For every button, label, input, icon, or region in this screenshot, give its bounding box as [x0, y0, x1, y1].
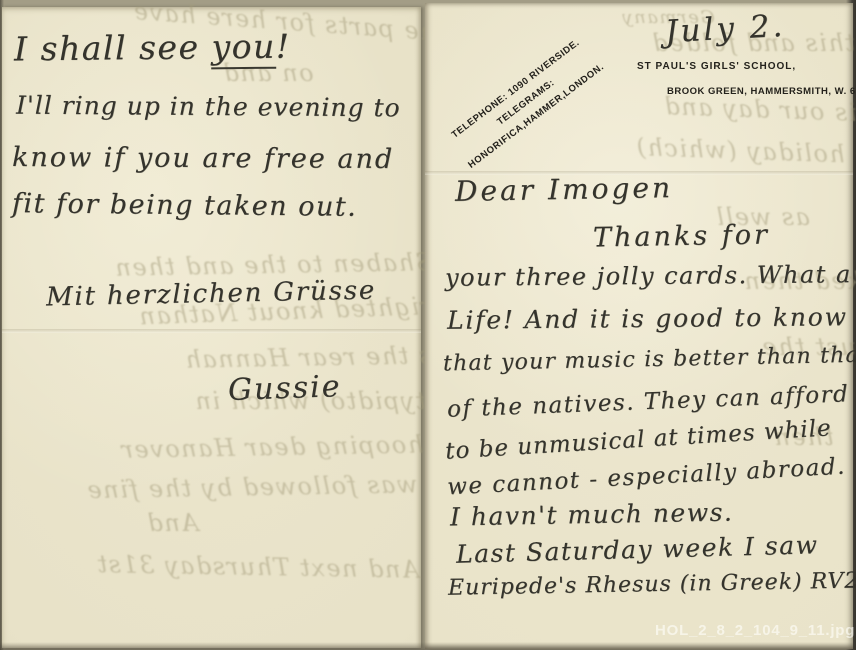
bleed-through-text: you this our day and	[663, 92, 856, 130]
letterhead-school-name: ST PAUL'S GIRLS' SCHOOL,	[637, 61, 796, 72]
handwritten-text: !	[276, 27, 291, 66]
handwritten-line: Life! And it is good to know	[447, 302, 848, 334]
salutation: Dear Imogen	[455, 171, 674, 208]
letterhead-telegrams: TELEGRAMS: HONORIFICA,HAMMER,LONDON.	[435, 31, 626, 187]
scanned-letter: about the parts for here have on and Sha…	[0, 0, 856, 650]
handwritten-date: July 2.	[664, 8, 786, 50]
handwritten-line: I shall see you!	[14, 27, 291, 69]
bleed-through-text: And next Thursday 31st	[96, 550, 420, 584]
bleed-through-text: after the holiday (which)	[635, 133, 856, 173]
handwritten-line: Thanks for	[593, 219, 770, 253]
letterhead-contact-diagonal: TELEPHONE: 1090 RIVERSIDE. TELEGRAMS: HO…	[425, 18, 627, 188]
signature: Gussie	[227, 369, 342, 408]
bleed-through-text: whooping dear Hanover	[120, 430, 446, 464]
letterhead-school-address: BROOK GREEN, HAMMERSMITH, W. 6.	[667, 86, 856, 97]
bleed-through-text: it was followed by the fine	[86, 470, 447, 504]
handwritten-line: of the natives. They can afford	[447, 381, 850, 422]
underlined-word: you	[211, 27, 276, 70]
handwritten-line: fit for being taken out.	[12, 188, 358, 223]
fold-crease	[2, 329, 421, 333]
letter-closing: Mit herzlichen Grüsse	[46, 276, 377, 313]
bleed-through-text: And	[146, 509, 199, 537]
handwritten-line: your three jolly cards. What a	[445, 260, 852, 292]
handwritten-line: Euripede's Rhesus (in Greek) RV2s	[448, 568, 856, 600]
letter-page-left: about the parts for here have on and Sha…	[2, 7, 421, 648]
handwritten-line: that your music is better than that	[443, 343, 856, 377]
letter-page-right: Germany will this and folded you this ou…	[425, 3, 853, 649]
handwritten-line: Last Saturday week I saw	[456, 530, 819, 568]
handwritten-line: I havn't much news.	[450, 498, 734, 532]
filename-watermark: HOL_2_8_2_104_9_11.jpg	[655, 622, 855, 639]
handwritten-text: I shall see	[14, 27, 212, 68]
handwritten-line: I'll ring up in the evening to	[16, 91, 401, 123]
handwritten-line: know if you are free and	[12, 142, 394, 175]
